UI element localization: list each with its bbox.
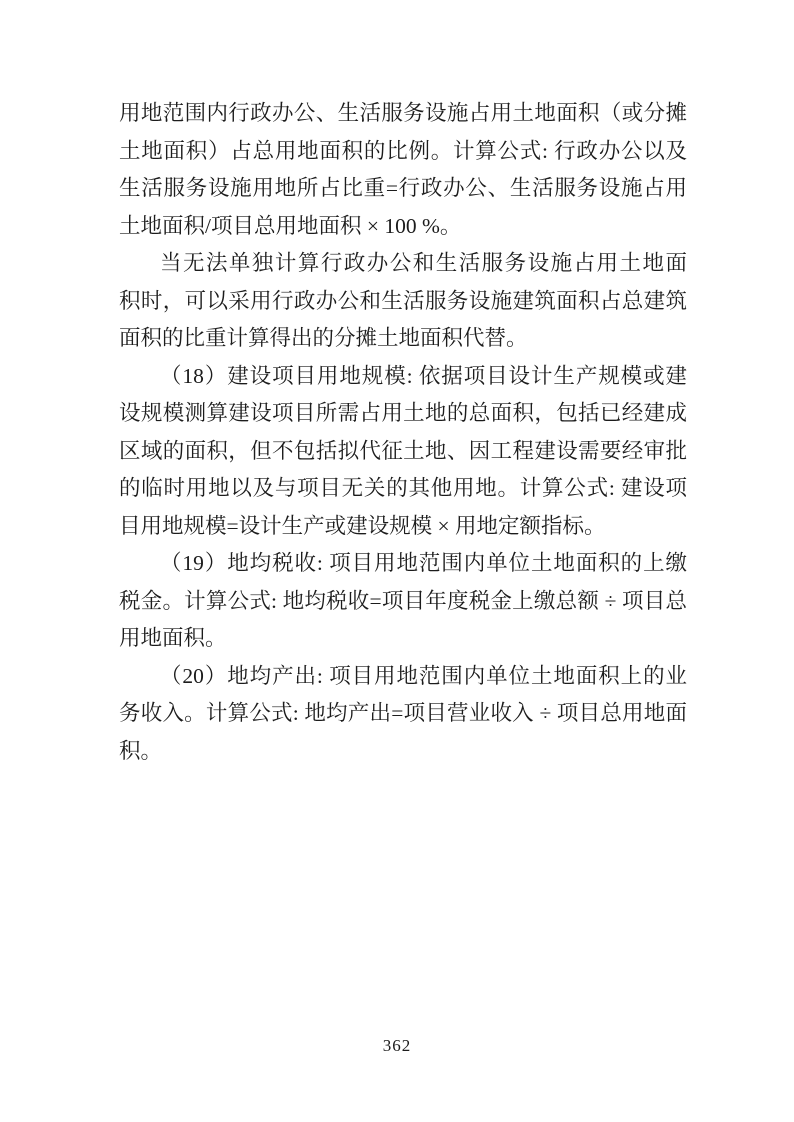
page-number: 362	[0, 1036, 794, 1056]
text-line: 的临时用地以及与项目无关的其他用地。计算公式: 建设项	[119, 470, 687, 508]
text-line: （20）地均产出: 项目用地范围内单位土地面积上的业	[119, 658, 687, 696]
text-line: 设规模测算建设项目所需占用土地的总面积，包括已经建成	[119, 395, 687, 433]
text-line: （18）建设项目用地规模: 依据项目设计生产规模或建	[119, 358, 687, 396]
text-line: 税金。计算公式: 地均税收=项目年度税金上缴总额 ÷ 项目总	[119, 583, 687, 621]
paragraph-item-20: （20）地均产出: 项目用地范围内单位土地面积上的业 务收入。计算公式: 地均产…	[119, 658, 687, 771]
text-line: 目用地规模=设计生产或建设规模 × 用地定额指标。	[119, 508, 687, 546]
text-line: 区域的面积，但不包括拟代征土地、因工程建设需要经审批	[119, 433, 687, 471]
paragraph-land-ratio: 用地范围内行政办公、生活服务设施占用土地面积（或分摊 土地面积）占总用地面积的比…	[119, 95, 687, 245]
text-line: 当无法单独计算行政办公和生活服务设施占用土地面	[119, 245, 687, 283]
text-line: 生活服务设施用地所占比重=行政办公、生活服务设施占用	[119, 170, 687, 208]
document-page: 用地范围内行政办公、生活服务设施占用土地面积（或分摊 土地面积）占总用地面积的比…	[0, 0, 794, 1122]
text-line: 土地面积）占总用地面积的比例。计算公式: 行政办公以及	[119, 133, 687, 171]
text-line: 用地范围内行政办公、生活服务设施占用土地面积（或分摊	[119, 95, 687, 133]
paragraph-item-19: （19）地均税收: 项目用地范围内单位土地面积的上缴 税金。计算公式: 地均税收…	[119, 545, 687, 658]
text-line: 土地面积/项目总用地面积 × 100 %。	[119, 208, 687, 246]
text-line: 务收入。计算公式: 地均产出=项目营业收入 ÷ 项目总用地面	[119, 695, 687, 733]
text-line: 面积的比重计算得出的分摊土地面积代替。	[119, 320, 687, 358]
text-line: 用地面积。	[119, 620, 687, 658]
paragraph-alternative-method: 当无法单独计算行政办公和生活服务设施占用土地面 积时，可以采用行政办公和生活服务…	[119, 245, 687, 358]
text-line: 积。	[119, 733, 687, 771]
paragraph-item-18: （18）建设项目用地规模: 依据项目设计生产规模或建 设规模测算建设项目所需占用…	[119, 358, 687, 546]
body-text: 用地范围内行政办公、生活服务设施占用土地面积（或分摊 土地面积）占总用地面积的比…	[119, 95, 687, 770]
text-line: （19）地均税收: 项目用地范围内单位土地面积的上缴	[119, 545, 687, 583]
text-line: 积时，可以采用行政办公和生活服务设施建筑面积占总建筑	[119, 283, 687, 321]
